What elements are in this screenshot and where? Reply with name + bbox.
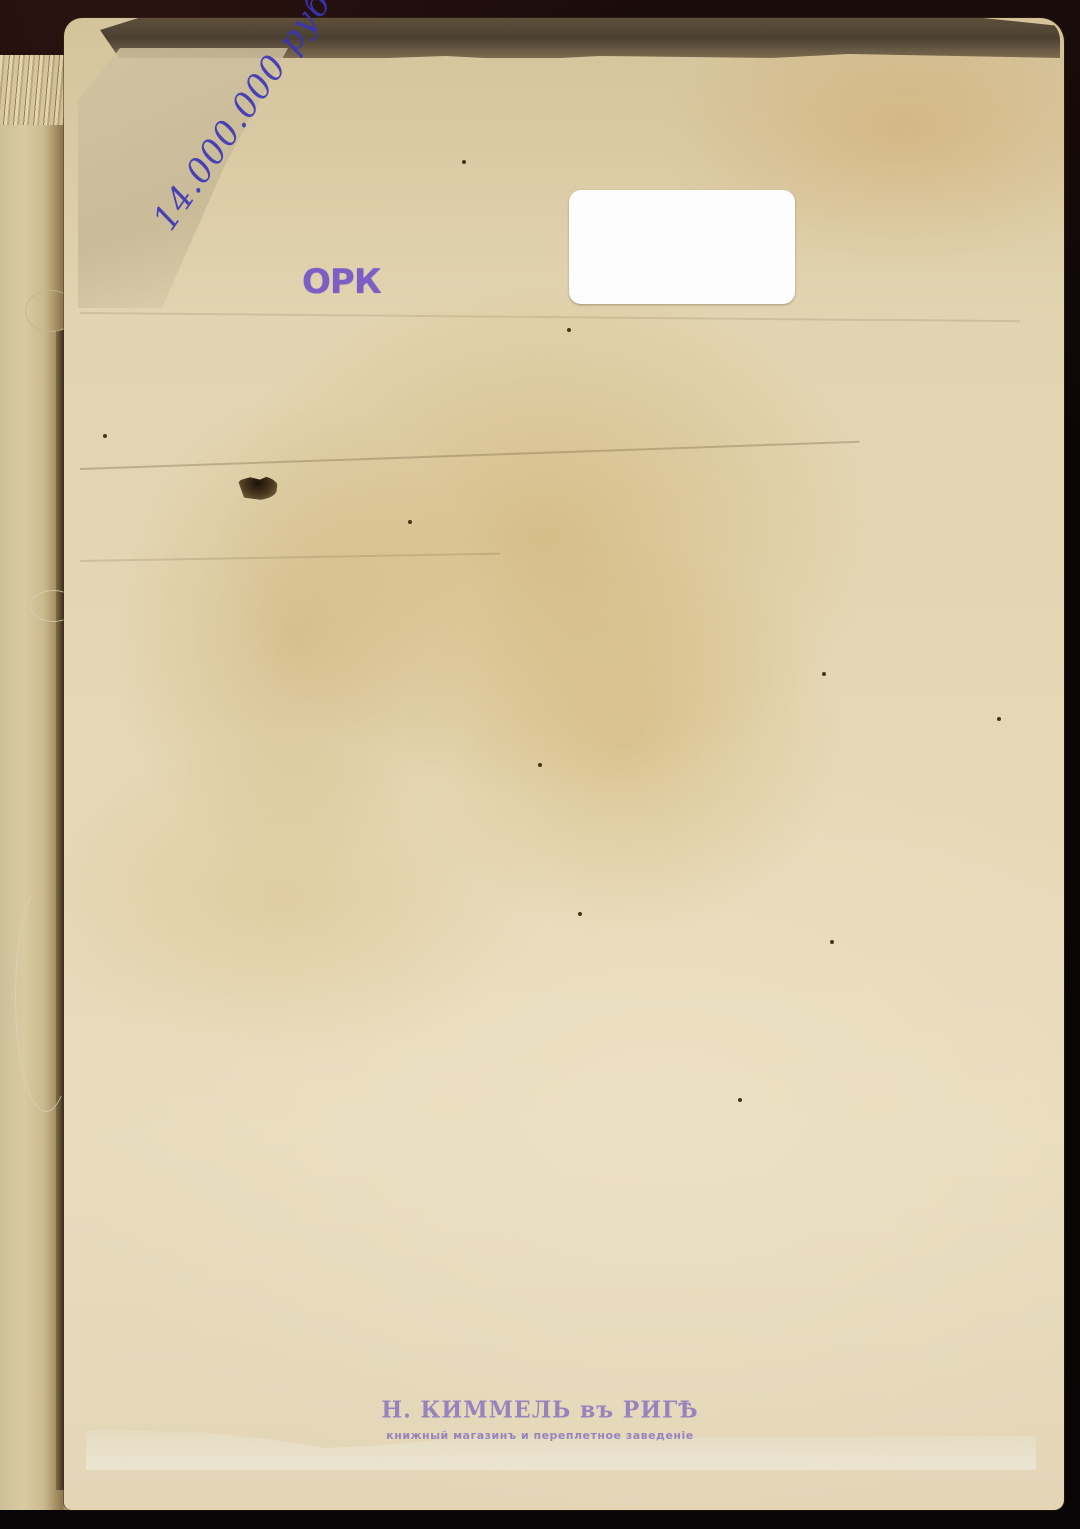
- paper-speck: [830, 940, 834, 944]
- paper-speck: [997, 717, 1001, 721]
- paper-speck: [578, 912, 582, 916]
- publisher-subtitle: книжный магазинъ и переплетное заведеніе: [330, 1429, 750, 1442]
- paper-speck: [738, 1098, 742, 1102]
- paper-speck: [408, 520, 412, 524]
- book-back-cover: [64, 18, 1064, 1510]
- paper-speck: [462, 160, 466, 164]
- publisher-name: Н. КИММЕЛЬ въ РИГѢ: [330, 1396, 750, 1423]
- publisher-stamp: Н. КИММЕЛЬ въ РИГѢ книжный магазинъ и пе…: [330, 1397, 750, 1442]
- white-redaction-label: [569, 190, 795, 304]
- paper-speck: [567, 328, 571, 332]
- library-stamp: ОРК: [302, 262, 381, 302]
- paper-speck: [103, 434, 107, 438]
- paper-speck: [538, 763, 542, 767]
- paper-speck: [822, 672, 826, 676]
